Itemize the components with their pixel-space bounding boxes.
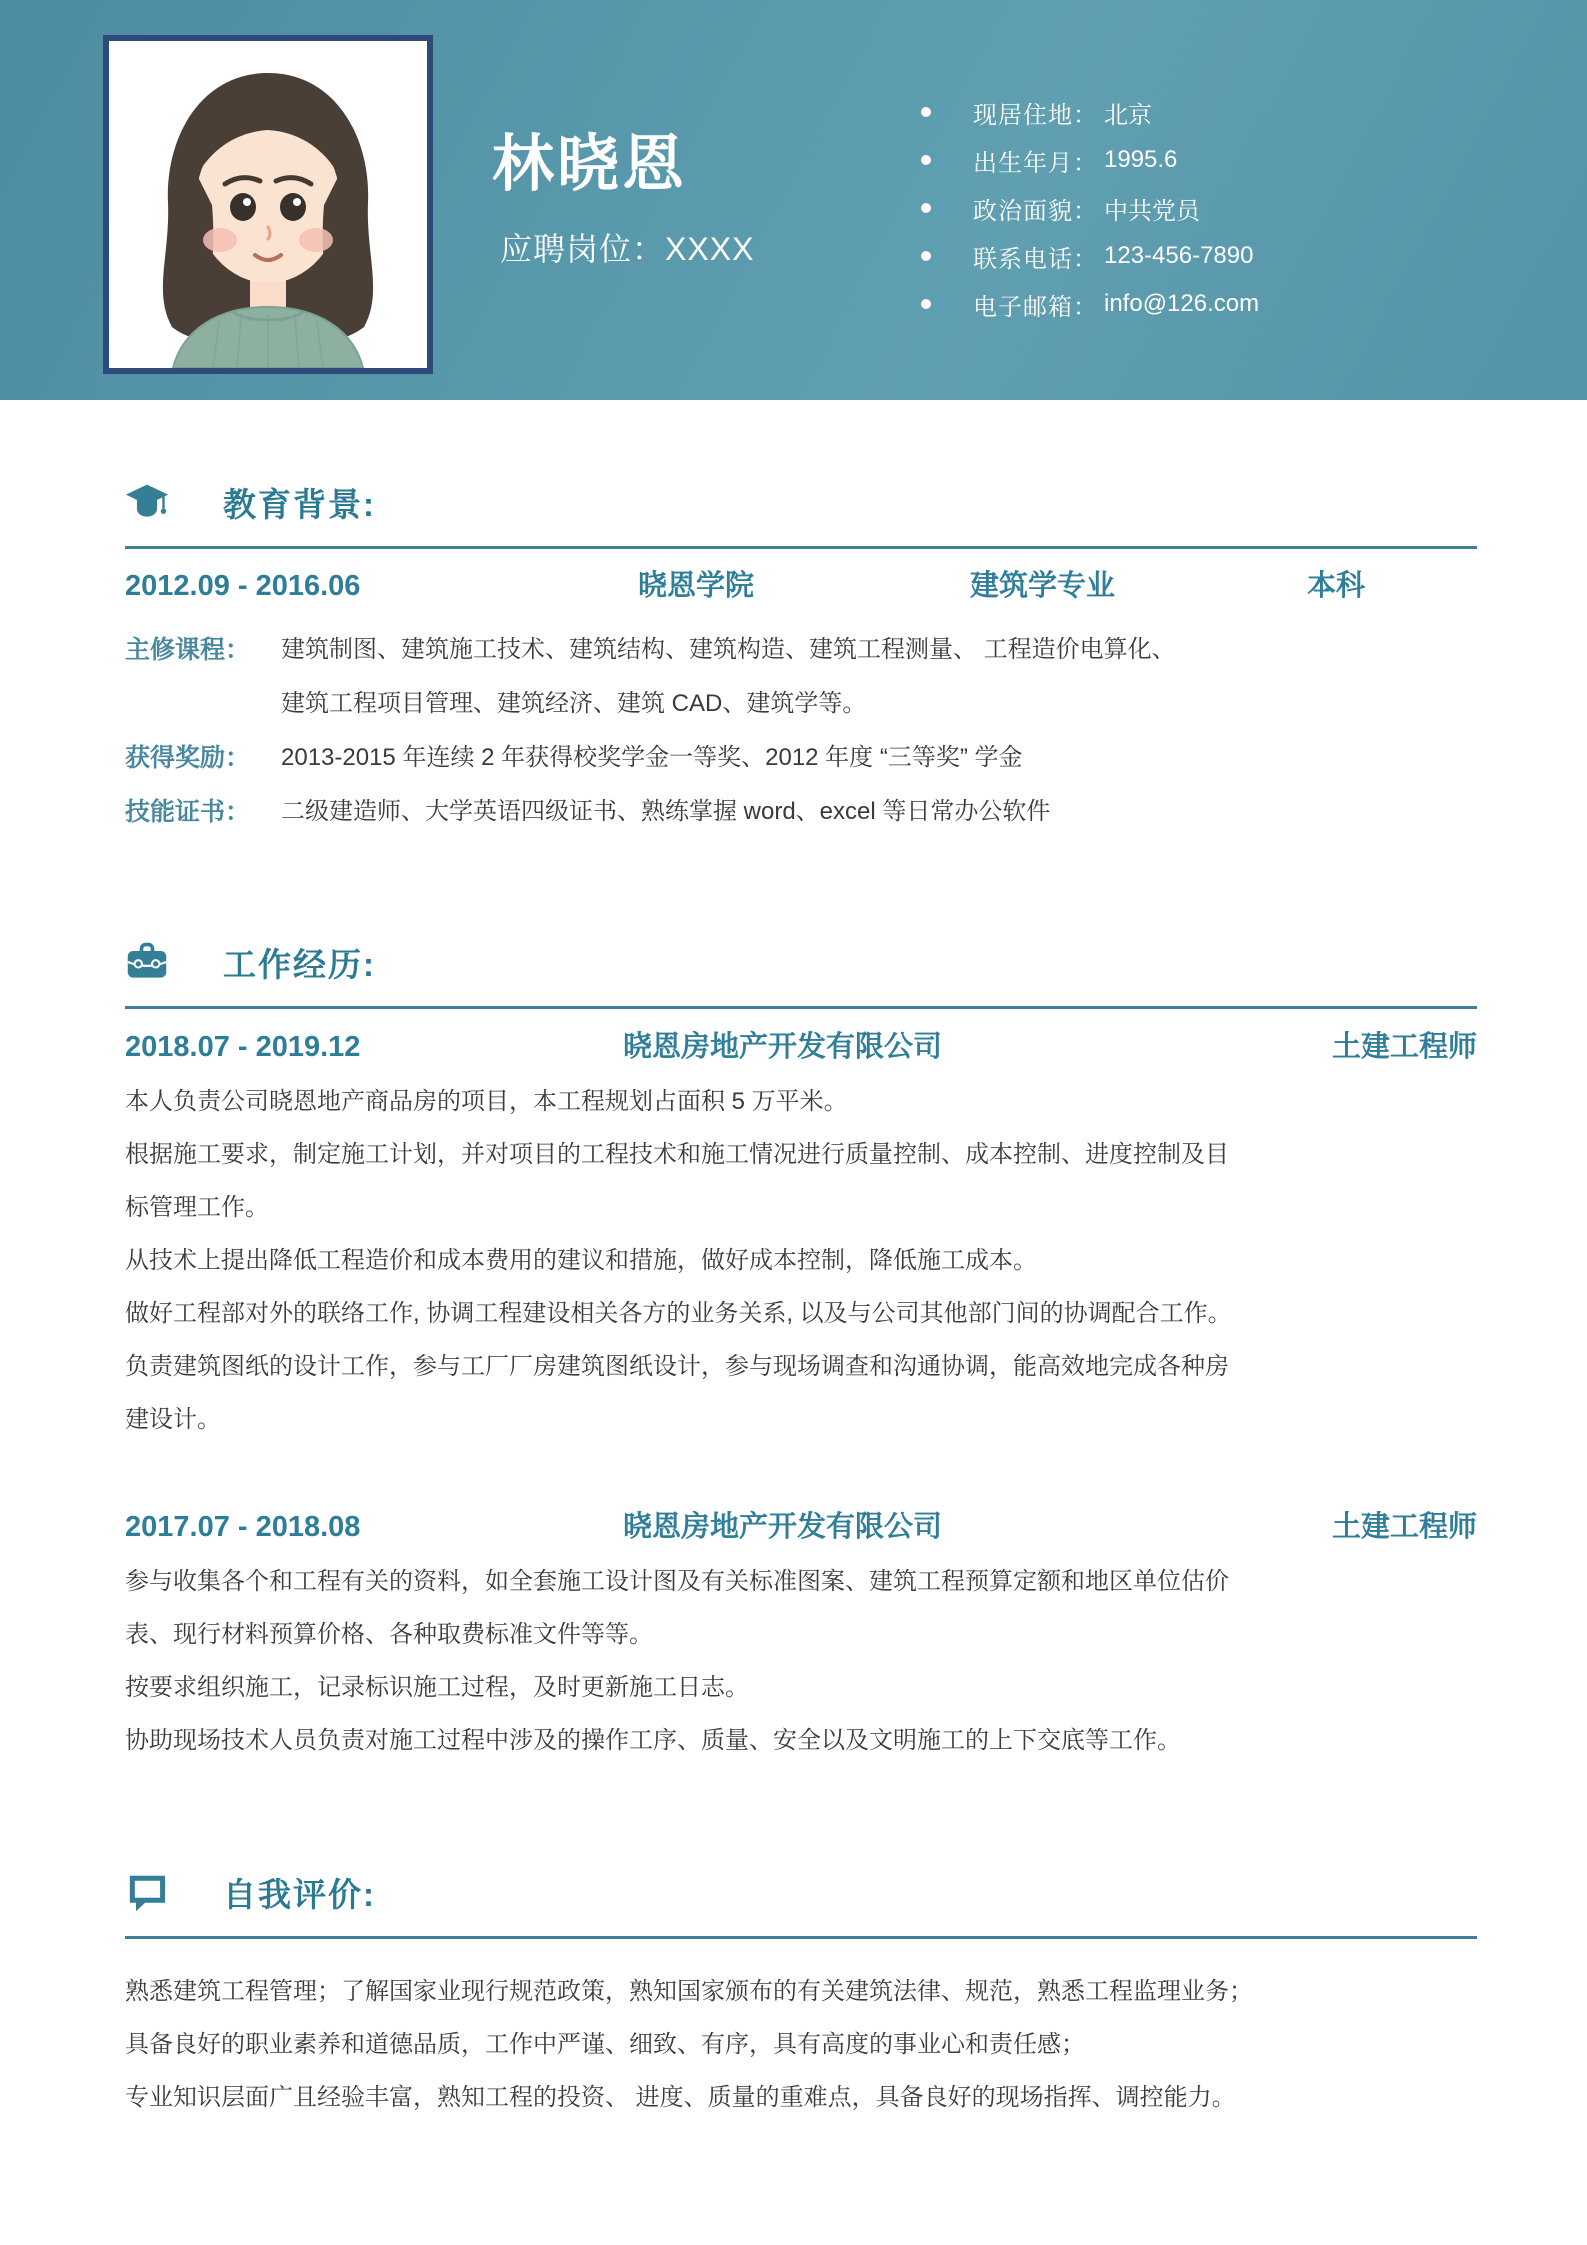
speech-bubble-icon — [125, 1870, 169, 1914]
education-degree: 本科 — [1307, 566, 1365, 606]
job-description-line: 表、现行材料预算价格、各种取费标准文件等等。 — [125, 1608, 1477, 1661]
contact-label: 现居住地： — [973, 95, 1098, 130]
job-description-line: 根据施工要求，制定施工计划，并对项目的工程技术和施工情况进行质量控制、成本控制、… — [125, 1128, 1477, 1181]
education-detail-line: 二级建造师、大学英语四级证书、熟练掌握 word、excel 等日常办公软件 — [281, 785, 1477, 839]
job-description-line: 参与收集各个和工程有关的资料，如全套施工设计图及有关标准图案、建筑工程预算定额和… — [125, 1555, 1477, 1608]
briefcase-icon — [125, 940, 169, 984]
job-description: 参与收集各个和工程有关的资料，如全套施工设计图及有关标准图案、建筑工程预算定额和… — [125, 1555, 1477, 1767]
contact-value: 中共党员 — [1104, 191, 1200, 226]
job-heading: 2017.07 - 2018.08晓恩房地产开发有限公司土建工程师 — [125, 1507, 1477, 1547]
contact-value: info@126.com — [1104, 290, 1259, 318]
education-detail-label: 主修课程： — [125, 623, 281, 677]
education-detail-line: 2013-2015 年连续 2 年获得校奖学金一等奖、2012 年度 “三等奖”… — [281, 731, 1477, 785]
job-period: 2018.07 - 2019.12 — [125, 1027, 360, 1067]
job-role: 土建工程师 — [1332, 1507, 1477, 1547]
job-company: 晓恩房地产开发有限公司 — [623, 1507, 942, 1547]
job-description-line: 从技术上提出降低工程造价和成本费用的建议和措施，做好成本控制，降低施工成本。 — [125, 1234, 1477, 1287]
contact-list: 现居住地：北京出生年月：1995.6政治面貌：中共党员联系电话：123-456-… — [921, 88, 1259, 328]
education-detail-label: 获得奖励： — [125, 731, 281, 785]
education-detail-line: 建筑制图、建筑施工技术、建筑结构、建筑构造、建筑工程测量、 工程造价电算化、 — [281, 623, 1477, 677]
bullet-icon — [921, 299, 931, 309]
contact-value: 123-456-7890 — [1104, 242, 1253, 270]
job-description-line: 协助现场技术人员负责对施工过程中涉及的操作工序、质量、安全以及文明施工的上下交底… — [125, 1714, 1477, 1767]
job-entry: 2017.07 - 2018.08晓恩房地产开发有限公司土建工程师参与收集各个和… — [125, 1507, 1477, 1767]
self-evaluation-line: 熟悉建筑工程管理；了解国家业现行规范政策，熟知国家颁布的有关建筑法律、规范，熟悉… — [125, 1965, 1477, 2018]
education-period: 2012.09 - 2016.06 — [125, 566, 360, 606]
applied-position-value: XXXX — [665, 231, 754, 267]
job-period: 2017.07 - 2018.08 — [125, 1507, 360, 1547]
self-evaluation-section-header: 自我评价: — [125, 1860, 1477, 1924]
education-section: 教育背景: 2012.09 - 2016.06 晓恩学院 建筑学专业 本科 主修… — [125, 470, 1477, 839]
self-evaluation-line: 具备良好的职业素养和道德品质，工作中严谨、细致、有序，具有高度的事业心和责任感； — [125, 2018, 1477, 2071]
colon: ： — [632, 231, 665, 267]
contact-label: 电子邮箱： — [973, 287, 1098, 322]
education-section-title: 教育背景: — [223, 479, 376, 526]
education-school: 晓恩学院 — [638, 566, 754, 606]
job-company: 晓恩房地产开发有限公司 — [623, 1027, 942, 1067]
job-description: 本人负责公司晓恩地产商品房的项目，本工程规划占面积 5 万平米。根据施工要求，制… — [125, 1075, 1477, 1446]
experience-section: 工作经历: 2018.07 - 2019.12晓恩房地产开发有限公司土建工程师本… — [125, 930, 1477, 1767]
section-divider — [125, 1006, 1477, 1009]
resume-page: { "header": { "name": "林晓恩", "position_l… — [0, 0, 1587, 2245]
education-detail-line: 建筑工程项目管理、建筑经济、建筑 CAD、建筑学等。 — [281, 677, 1477, 731]
education-entry: 2012.09 - 2016.06 晓恩学院 建筑学专业 本科 — [125, 566, 1477, 606]
contact-label: 联系电话： — [973, 239, 1098, 274]
contact-row: 出生年月：1995.6 — [921, 136, 1259, 184]
bullet-icon — [921, 155, 931, 165]
self-evaluation-section: 自我评价: 熟悉建筑工程管理；了解国家业现行规范政策，熟知国家颁布的有关建筑法律… — [125, 1860, 1477, 2124]
contact-row: 政治面貌：中共党员 — [921, 184, 1259, 232]
header-banner: 林晓恩 应聘岗位：XXXX 现居住地：北京出生年月：1995.6政治面貌：中共党… — [0, 0, 1587, 400]
avatar-illustration — [109, 41, 427, 368]
contact-label: 政治面貌： — [973, 191, 1098, 226]
education-detail-label: 技能证书： — [125, 785, 281, 839]
job-description-line: 负责建筑图纸的设计工作，参与工厂厂房建筑图纸设计，参与现场调查和沟通协调，能高效… — [125, 1340, 1477, 1393]
education-section-header: 教育背景: — [125, 470, 1477, 534]
job-description-line: 做好工程部对外的联络工作, 协调工程建设相关各方的业务关系, 以及与公司其他部门… — [125, 1287, 1477, 1340]
contact-value: 北京 — [1104, 95, 1152, 130]
bullet-icon — [921, 251, 931, 261]
job-description-line: 按要求组织施工，记录标识施工过程，及时更新施工日志。 — [125, 1661, 1477, 1714]
job-list: 2018.07 - 2019.12晓恩房地产开发有限公司土建工程师本人负责公司晓… — [125, 1027, 1477, 1767]
job-description-line: 标管理工作。 — [125, 1181, 1477, 1234]
section-divider — [125, 546, 1477, 549]
education-detail-row: 获得奖励：2013-2015 年连续 2 年获得校奖学金一等奖、2012 年度 … — [125, 731, 1477, 785]
bullet-icon — [921, 203, 931, 213]
education-details: 主修课程：建筑制图、建筑施工技术、建筑结构、建筑构造、建筑工程测量、 工程造价电… — [125, 623, 1477, 839]
education-detail-lines: 建筑制图、建筑施工技术、建筑结构、建筑构造、建筑工程测量、 工程造价电算化、建筑… — [281, 623, 1477, 731]
bullet-icon — [921, 107, 931, 117]
job-heading: 2018.07 - 2019.12晓恩房地产开发有限公司土建工程师 — [125, 1027, 1477, 1067]
applied-position-label: 应聘岗位 — [500, 231, 632, 267]
experience-section-header: 工作经历: — [125, 930, 1477, 994]
self-evaluation-line: 专业知识层面广且经验丰富，熟知工程的投资、 进度、质量的重难点，具备良好的现场指… — [125, 2071, 1477, 2124]
job-description-line: 建设计。 — [125, 1393, 1477, 1446]
experience-section-title: 工作经历: — [223, 939, 376, 986]
self-evaluation-text: 熟悉建筑工程管理；了解国家业现行规范政策，熟知国家颁布的有关建筑法律、规范，熟悉… — [125, 1965, 1477, 2124]
contact-row: 电子邮箱：info@126.com — [921, 280, 1259, 328]
contact-value: 1995.6 — [1104, 146, 1177, 174]
education-detail-lines: 二级建造师、大学英语四级证书、熟练掌握 word、excel 等日常办公软件 — [281, 785, 1477, 839]
candidate-name: 林晓恩 — [492, 134, 687, 196]
profile-photo — [103, 35, 433, 374]
education-detail-row: 主修课程：建筑制图、建筑施工技术、建筑结构、建筑构造、建筑工程测量、 工程造价电… — [125, 623, 1477, 731]
applied-position: 应聘岗位：XXXX — [500, 230, 754, 268]
self-evaluation-section-title: 自我评价: — [223, 1869, 376, 1916]
contact-row: 联系电话：123-456-7890 — [921, 232, 1259, 280]
education-detail-row: 技能证书：二级建造师、大学英语四级证书、熟练掌握 word、excel 等日常办… — [125, 785, 1477, 839]
contact-row: 现居住地：北京 — [921, 88, 1259, 136]
job-entry: 2018.07 - 2019.12晓恩房地产开发有限公司土建工程师本人负责公司晓… — [125, 1027, 1477, 1446]
section-divider — [125, 1936, 1477, 1939]
education-major: 建筑学专业 — [970, 566, 1115, 606]
contact-label: 出生年月： — [973, 143, 1098, 178]
education-detail-lines: 2013-2015 年连续 2 年获得校奖学金一等奖、2012 年度 “三等奖”… — [281, 731, 1477, 785]
job-role: 土建工程师 — [1332, 1027, 1477, 1067]
job-description-line: 本人负责公司晓恩地产商品房的项目，本工程规划占面积 5 万平米。 — [125, 1075, 1477, 1128]
graduation-cap-icon — [125, 480, 169, 524]
